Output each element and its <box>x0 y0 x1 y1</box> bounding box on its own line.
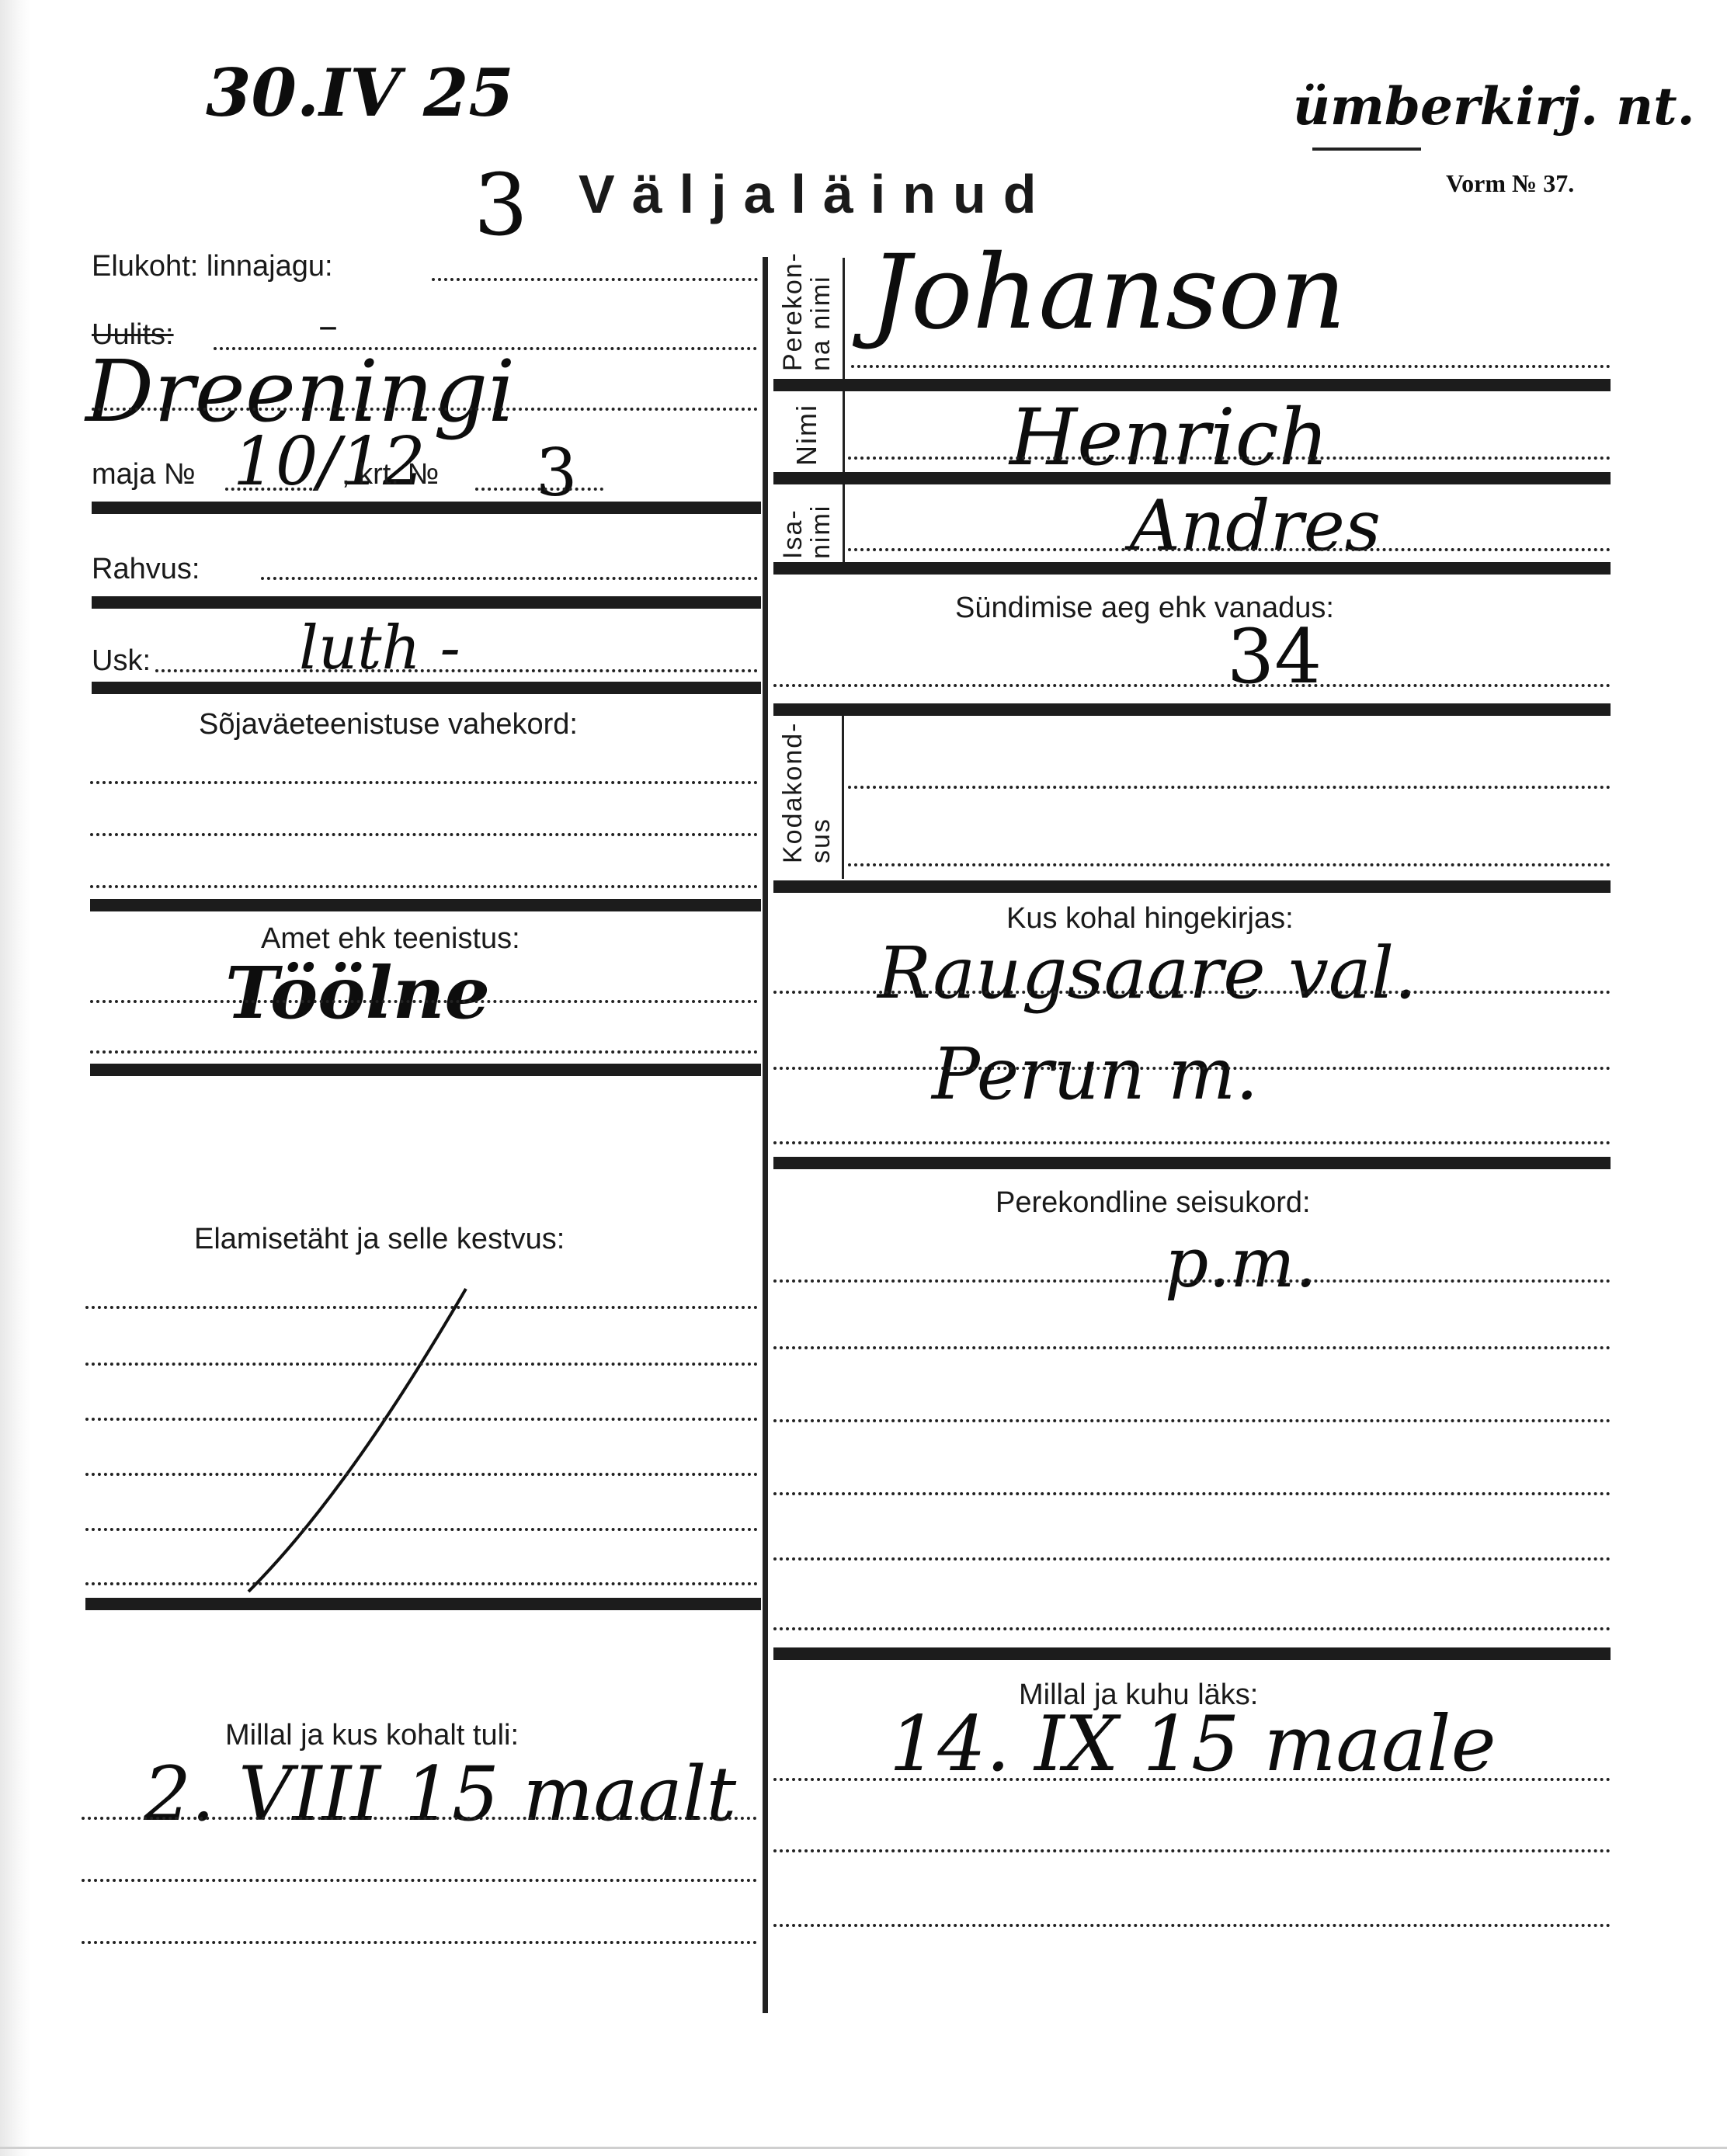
arrival-label: Millal ja kus kohalt tuli: <box>225 1719 519 1752</box>
handwritten-title-prefix: 3 <box>474 155 528 255</box>
surname-label-line2: na nimi <box>808 252 836 371</box>
religion-label: Usk: <box>92 644 151 678</box>
religion-line <box>155 669 758 672</box>
section-rule <box>90 899 761 911</box>
section-rule <box>773 472 1611 484</box>
departure-line-1 <box>773 1778 1611 1781</box>
father-label-line1: Isa- <box>780 505 808 559</box>
military-line-3 <box>90 885 758 888</box>
registry-value-line1: Raugsaare val. <box>877 932 1416 1015</box>
occupation-value: Töölne <box>225 951 490 1035</box>
citizenship-label-line1: Kodakond- <box>780 722 808 863</box>
family-status-line-4 <box>773 1492 1611 1495</box>
arrival-value: 2. VIII 15 maalt <box>144 1751 736 1838</box>
family-status-line-1 <box>773 1279 1611 1283</box>
residence-label: Elukoht: linnajagu: <box>92 250 333 283</box>
page-bottom-edge <box>0 2147 1727 2149</box>
first-name-label: Nimi <box>792 404 822 466</box>
section-rule <box>92 682 761 694</box>
section-rule <box>773 1647 1611 1660</box>
family-status-label: Perekondline seisukord: <box>996 1186 1311 1220</box>
section-rule <box>773 1157 1611 1169</box>
registry-line-1 <box>773 991 1611 994</box>
scan-edge-shadow <box>0 0 31 2156</box>
family-status-line-6 <box>773 1627 1611 1630</box>
citizenship-label: Kodakond- sus <box>780 722 835 863</box>
occupation-line-1 <box>90 1000 758 1003</box>
residence-permit-line-3 <box>85 1418 758 1421</box>
residence-permit-line-6 <box>85 1582 758 1585</box>
registry-line-3 <box>773 1141 1611 1144</box>
section-rule <box>92 502 761 514</box>
departure-line-3 <box>773 1924 1611 1927</box>
district-line <box>432 278 758 281</box>
military-line-1 <box>90 781 758 784</box>
street-value-line <box>92 408 758 411</box>
form-number: Vorm № 37. <box>1446 169 1574 198</box>
birth-line <box>773 684 1611 687</box>
first-name-value: Henrich <box>1009 392 1329 483</box>
surname-label-line1: Perekon- <box>780 252 808 371</box>
page-title: Väljaläinud <box>579 163 1054 225</box>
surname-label: Perekon- na nimi <box>780 252 835 371</box>
father-name-line <box>848 548 1611 551</box>
house-number-line <box>225 488 318 491</box>
departure-line-2 <box>773 1849 1611 1852</box>
citizenship-label-line2: sus <box>808 722 836 863</box>
family-status-line-3 <box>773 1419 1611 1422</box>
family-status-value: p.m. <box>1165 1223 1317 1303</box>
residence-permit-label: Elamisetäht ja selle kestvus: <box>194 1223 565 1256</box>
nationality-label: Rahvus: <box>92 553 200 586</box>
arrival-line-2 <box>82 1879 757 1882</box>
section-rule <box>85 1598 761 1610</box>
apartment-value: 3 <box>536 435 577 511</box>
family-status-line-2 <box>773 1346 1611 1349</box>
apartment-label: , krt. № <box>342 458 439 491</box>
military-service-label: Sõjaväeteenistuse vahekord: <box>199 708 578 741</box>
residence-permit-line-4 <box>85 1473 758 1476</box>
father-label-line2: nimi <box>808 505 836 559</box>
handwritten-top-right-note: ümberkirj. nt. <box>1293 76 1695 137</box>
arrival-line-1 <box>82 1817 757 1820</box>
surname-line <box>851 365 1611 368</box>
first-name-label-text: Nimi <box>792 404 822 466</box>
note-underline <box>1312 148 1421 151</box>
citizenship-line-2 <box>848 863 1611 866</box>
family-status-line-5 <box>773 1557 1611 1561</box>
label-divider <box>842 716 844 879</box>
departure-value: 14. IX 15 maale <box>889 1700 1496 1789</box>
residence-permit-line-1 <box>85 1306 758 1309</box>
first-name-line <box>848 457 1611 460</box>
handwritten-date: 30.IV 25 <box>206 54 514 131</box>
column-divider <box>763 257 768 2013</box>
section-rule <box>773 880 1611 893</box>
registry-label: Kus kohal hingekirjas: <box>1006 902 1294 936</box>
section-rule <box>92 596 761 609</box>
surname-value: Johanson <box>870 233 1346 352</box>
nationality-line <box>261 577 758 580</box>
section-rule <box>90 1064 761 1076</box>
father-name-value: Andres <box>1130 485 1381 567</box>
residence-permit-slash-mark <box>233 1281 481 1607</box>
occupation-line-2 <box>90 1050 758 1054</box>
religion-value: luth - <box>299 613 460 683</box>
citizenship-line-1 <box>848 786 1611 789</box>
arrival-line-3 <box>82 1941 757 1944</box>
section-rule <box>773 562 1611 575</box>
registry-line-2 <box>773 1067 1611 1070</box>
residence-permit-line-2 <box>85 1363 758 1366</box>
label-divider <box>843 258 845 568</box>
birth-value: 34 <box>1227 613 1322 700</box>
house-number-label: maja № <box>92 458 196 491</box>
apartment-line <box>475 488 603 491</box>
father-name-label: Isa- nimi <box>780 505 835 559</box>
military-line-2 <box>90 833 758 836</box>
residence-permit-line-5 <box>85 1528 758 1531</box>
section-rule <box>773 379 1611 391</box>
registry-value-line2: Perun m. <box>932 1033 1258 1116</box>
section-rule <box>773 703 1611 716</box>
